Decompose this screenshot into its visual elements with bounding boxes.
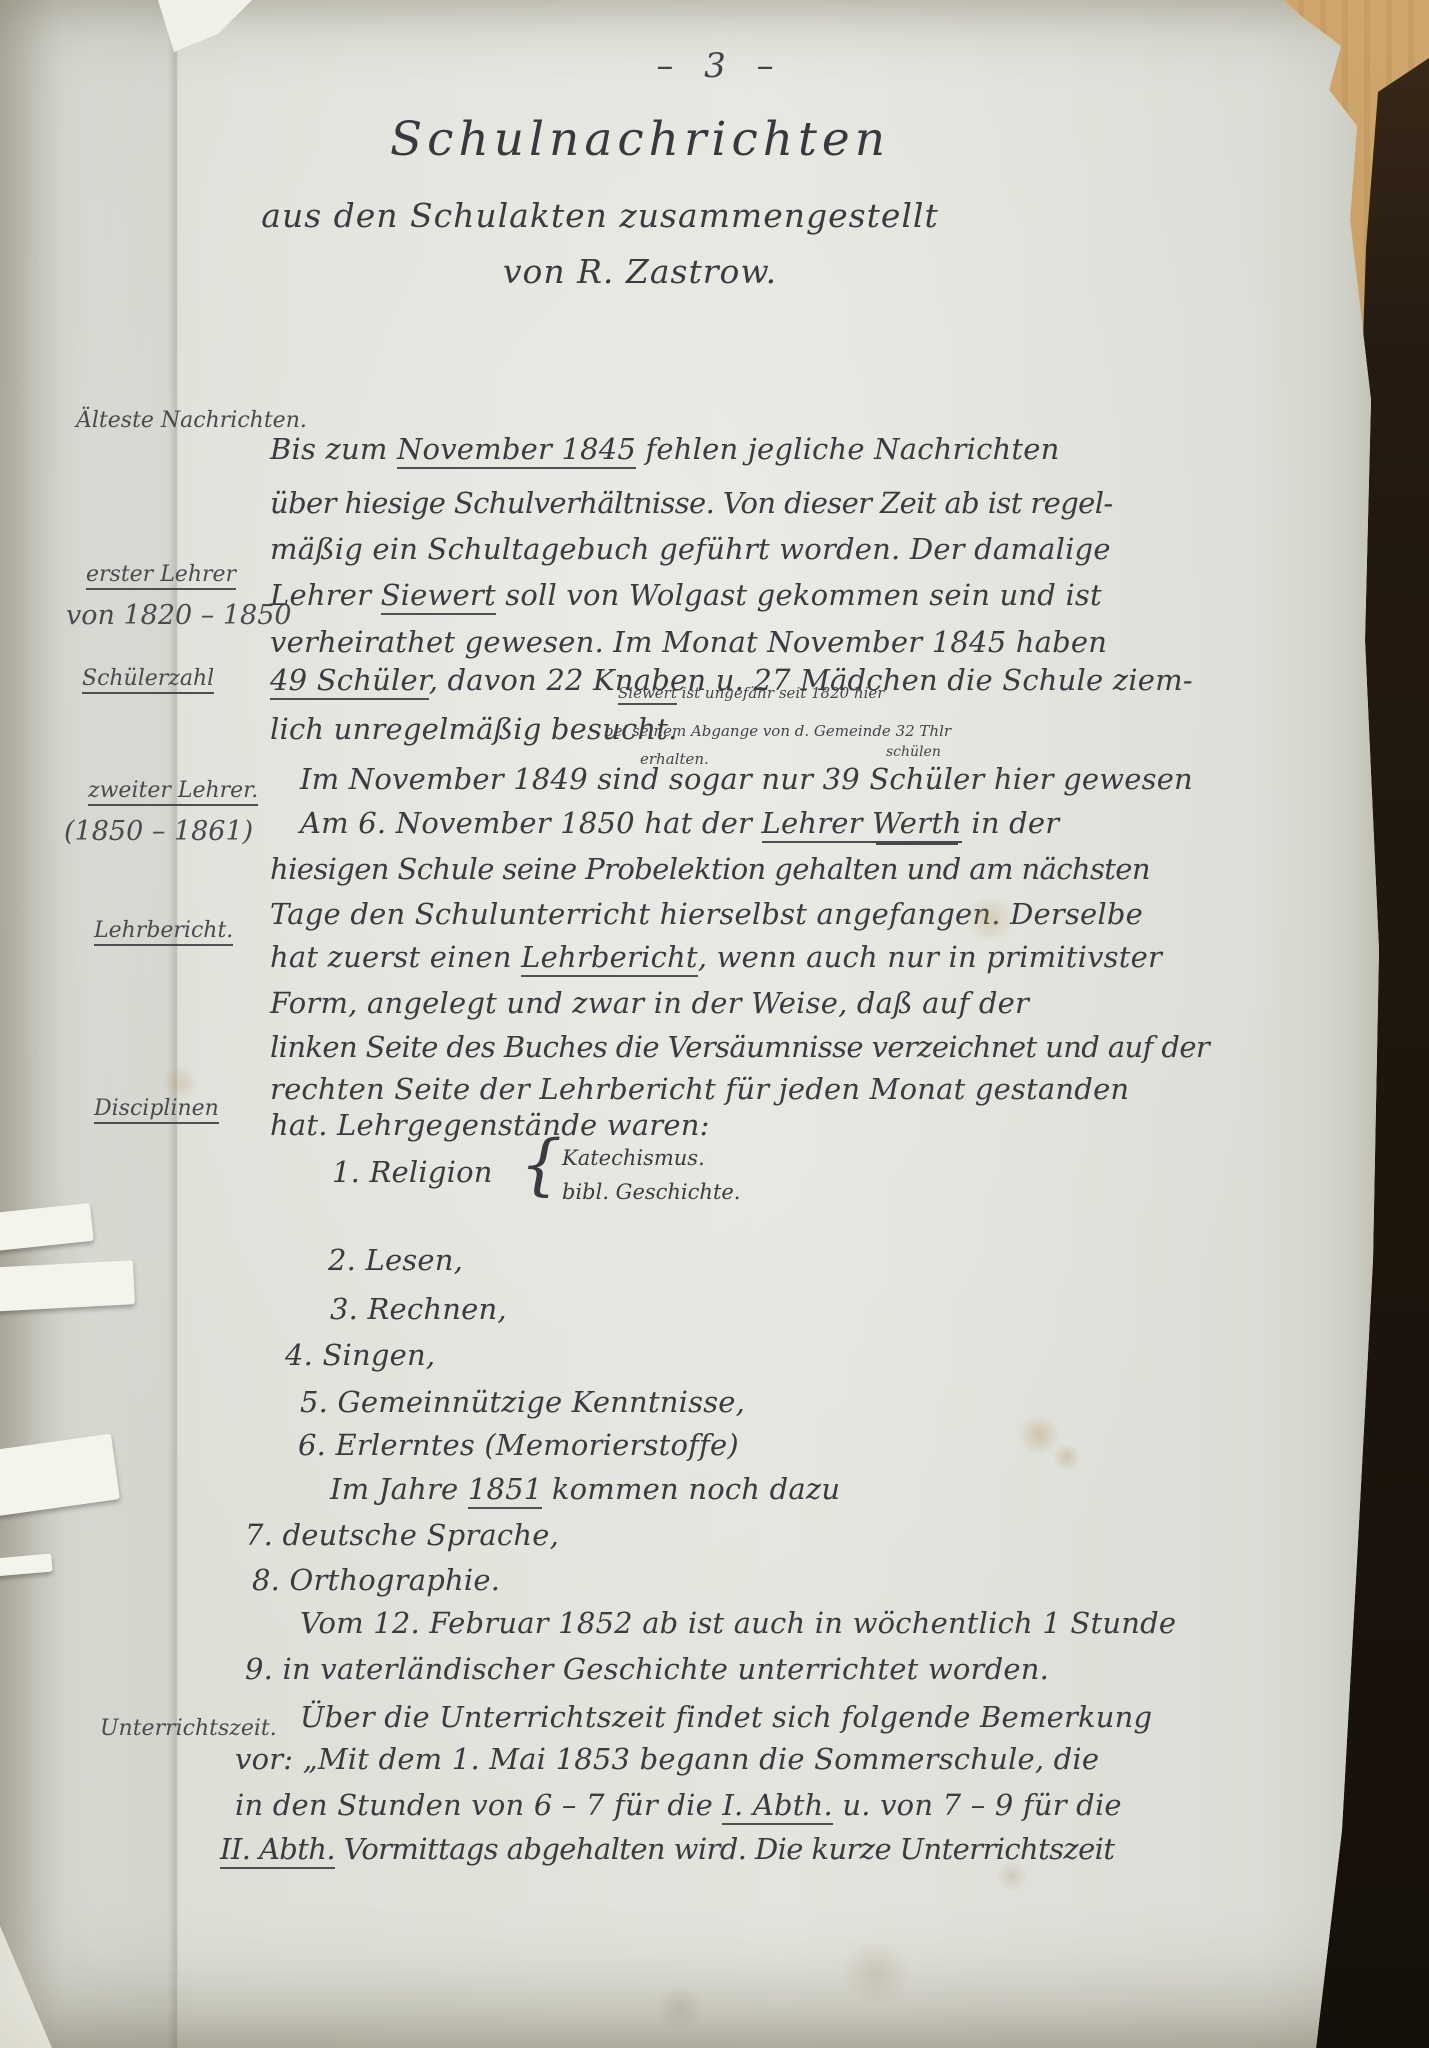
subject-item: 5. Gemeinnützige Kenntnisse, [300,1385,745,1419]
margin-note-first-teacher: erster Lehrer [86,562,236,590]
margin-note-pupil-count: Schülerzahl [82,666,214,694]
subject-item: 7. deutsche Sprache, [245,1518,559,1552]
underlined-text: 49 Schüler [270,663,429,700]
margin-note-oldest-news: Älteste Nachrichten. [76,408,307,433]
line-text: mäßig ein Schultagebuch geführt worden. … [270,532,1111,566]
note-text: ist ungefähr seit 1820 hier [677,684,885,702]
line-text: u. von 7 – 9 für die [833,1788,1122,1822]
body-line: hiesigen Schule seine Probelektion gehal… [270,852,1150,886]
body-line: hat zuerst einen Lehrbericht, wenn auch … [270,940,1162,974]
line-text: Im November 1849 sind sogar nur 39 Schül… [300,762,1193,796]
foxing-stain [1016,1416,1062,1454]
line-text: verheirathet gewesen. Im Monat November … [270,625,1107,659]
subject-item: 6. Erlerntes (Memorierstoffe) [298,1428,739,1462]
underlined-text: Lehrbericht [521,940,698,977]
margin-note-disciplines: Disciplinen [94,1096,219,1124]
body-line: Form, angelegt und zwar in der Weise, da… [270,986,1029,1020]
underlined-text: Lehrer [762,806,873,843]
line-text: Lehrer [270,578,381,612]
interlinear-correction: schülen [886,744,941,760]
body-line: verheirathet gewesen. Im Monat November … [270,625,1107,659]
subject-item: 2. Lesen, [328,1243,463,1277]
line-text: hiesigen Schule seine Probelektion gehal… [270,852,1150,886]
line-text: Tage den Schulunterricht hierselbst ange… [270,897,1143,931]
underlined-text: November 1845 [397,432,636,469]
body-line: vor: „Mit dem 1. Mai 1853 begann die Som… [235,1742,1099,1776]
margin-note-teaching-time: Unterrichtszeit. [100,1716,277,1741]
page-subtitle: aus den Schulakten zusammengestellt [230,196,970,235]
margin-note-first-teacher-years: von 1820 – 1850 [66,600,292,631]
body-line: Am 6. November 1850 hat der Lehrer Werth… [300,806,1059,840]
line-text: rechten Seite der Lehrbericht für jeden … [270,1072,1129,1106]
line-text: kommen noch dazu [542,1472,840,1506]
body-line: II. Abth. Vormittags abgehalten wird. Di… [220,1832,1114,1866]
body-line: Vom 12. Februar 1852 ab ist auch in wöch… [300,1606,1176,1640]
body-line: rechten Seite der Lehrbericht für jeden … [270,1072,1129,1106]
body-line: Tage den Schulunterricht hierselbst ange… [270,897,1143,931]
torn-paper-shard [0,1260,135,1312]
line-text: Im Jahre [330,1472,468,1506]
page-number: – 3 – [560,46,880,86]
margin-note-second-teacher: zweiter Lehrer. [88,778,258,806]
double-underlined-text: Werth [872,806,962,843]
margin-note-teaching-report: Lehrbericht. [94,918,233,946]
line-text: über hiesige Schulverhältnisse. Von dies… [270,486,1113,520]
underlined-text: II. Abth. [220,1832,335,1869]
line-text: Am 6. November 1850 hat der [300,806,762,840]
line-text: Form, angelegt und zwar in der Weise, da… [270,986,1029,1020]
body-line: hat. Lehrgegenstände waren: [270,1108,710,1142]
foxing-stain [836,1944,916,2002]
subject-item: 9. in vaterländischer Geschichte unterri… [245,1652,1049,1686]
underlined-text: Siewert [381,578,496,615]
line-text: in der [962,806,1059,840]
underlined-text: Siewert [618,684,677,705]
line-text: Bis zum [270,432,397,466]
line-text: linken Seite des Buches die Versäumnisse… [270,1030,1209,1064]
line-text: hat zuerst einen [270,940,521,974]
line-text: vor: „Mit dem 1. Mai 1853 begann die Som… [235,1742,1099,1776]
line-text: soll von Wolgast gekommen sein und ist [496,578,1102,612]
manuscript-page: – 3 – Schulnachrichten aus den Schulakte… [0,0,1429,2048]
line-text: hat. Lehrgegenstände waren: [270,1108,710,1142]
body-line: Lehrer Siewert soll von Wolgast gekommen… [270,578,1102,612]
subject-sub-item: Katechismus. [562,1146,705,1170]
manuscript-photo: – 3 – Schulnachrichten aus den Schulakte… [0,0,1429,2048]
margin-note-second-teacher-years: (1850 – 1861) [64,816,253,847]
line-text: fehlen jegliche Nachrichten [636,432,1059,466]
subject-item: 3. Rechnen, [330,1292,507,1326]
body-line: über hiesige Schulverhältnisse. Von dies… [270,486,1113,520]
body-line: Im November 1849 sind sogar nur 39 Schül… [300,762,1193,796]
body-line: mäßig ein Schultagebuch geführt worden. … [270,532,1111,566]
underlined-text: 1851 [468,1472,543,1509]
note-text: bei seinem Abgange von d. Gemeinde 32 Th… [604,722,951,740]
line-text: Über die Unterrichtszeit findet sich fol… [300,1700,1152,1734]
body-line: linken Seite des Buches die Versäumnisse… [270,1030,1209,1064]
body-line: Über die Unterrichtszeit findet sich fol… [300,1700,1152,1734]
subject-item: 1. Religion [332,1155,493,1189]
subject-item: 8. Orthographie. [252,1563,500,1597]
subject-sub-item: bibl. Geschichte. [562,1180,740,1204]
underlined-text: I. Abth. [722,1788,833,1825]
subject-item: 4. Singen, [285,1338,435,1372]
line-text: Vormittags abgehalten wird. Die kurze Un… [335,1832,1114,1866]
line-text: in den Stunden von 6 – 7 für die [235,1788,722,1822]
interlinear-note-line: Siewert ist ungefähr seit 1820 hier [618,684,884,702]
page-title: Schulnachrichten [270,112,1010,167]
interlinear-note-line: bei seinem Abgange von d. Gemeinde 32 Th… [604,722,951,740]
page-byline: von R. Zastrow. [270,252,1010,291]
foxing-stain [994,1862,1030,1890]
foxing-stain [1052,1444,1082,1470]
foxing-stain [652,1988,708,2028]
body-line: in den Stunden von 6 – 7 für die I. Abth… [235,1788,1122,1822]
line-text: , wenn auch nur in primitivster [698,940,1162,974]
body-line: Im Jahre 1851 kommen noch dazu [330,1472,840,1506]
body-line: Bis zum November 1845 fehlen jegliche Na… [270,432,1060,466]
brace-glyph: { [520,1126,562,1203]
